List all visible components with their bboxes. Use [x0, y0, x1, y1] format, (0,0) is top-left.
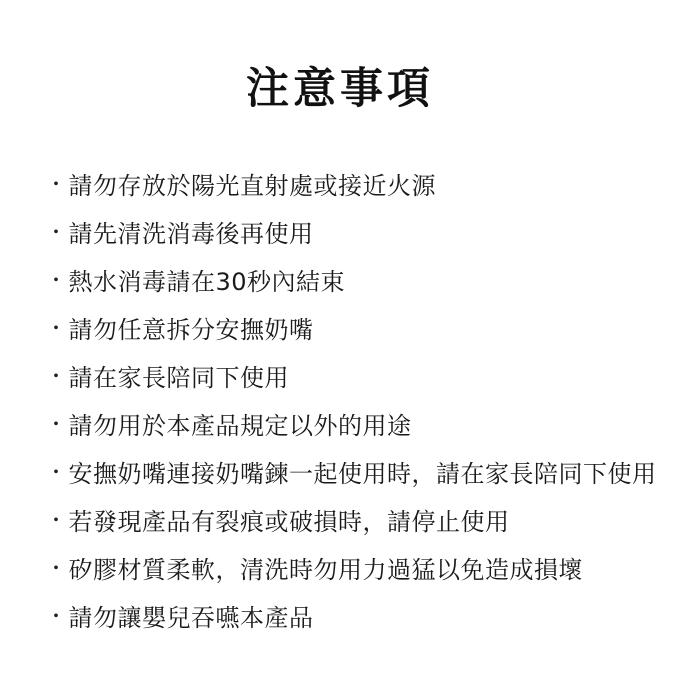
bullet-dot-icon: ・ — [46, 366, 67, 386]
bullet-dot-icon: ・ — [46, 606, 67, 626]
bullet-dot-icon: ・ — [46, 222, 67, 242]
notice-list: ・請勿存放於陽光直射處或接近火源・請先清洗消毒後再使用・熱水消毒請在30秒內結束… — [46, 159, 650, 639]
bullet-dot-icon: ・ — [46, 270, 67, 290]
notice-item-text: 若發現產品有裂痕或破損時，請停止使用 — [69, 502, 510, 537]
notice-item: ・請先清洗消毒後再使用 — [46, 207, 650, 255]
notice-item-text: 請勿用於本產品規定以外的用途 — [69, 406, 412, 441]
notice-item: ・請在家長陪同下使用 — [46, 351, 650, 399]
notice-item-text: 安撫奶嘴連接奶嘴鍊一起使用時，請在家長陪同下使用 — [69, 454, 657, 489]
notice-item: ・矽膠材質柔軟，清洗時勿用力過猛以免造成損壞 — [46, 543, 650, 591]
notice-item-text: 請在家長陪同下使用 — [69, 358, 290, 393]
notice-item-text: 請勿存放於陽光直射處或接近火源 — [69, 166, 437, 201]
notice-item-text: 熱水消毒請在30秒內結束 — [69, 262, 346, 297]
notice-page: 注意事項 ・請勿存放於陽光直射處或接近火源・請先清洗消毒後再使用・熱水消毒請在3… — [0, 0, 680, 686]
notice-item-text: 請勿任意拆分安撫奶嘴 — [69, 310, 314, 345]
notice-item: ・安撫奶嘴連接奶嘴鍊一起使用時，請在家長陪同下使用 — [46, 447, 650, 495]
notice-item: ・請勿存放於陽光直射處或接近火源 — [46, 159, 650, 207]
bullet-dot-icon: ・ — [46, 558, 67, 578]
bullet-dot-icon: ・ — [46, 174, 67, 194]
notice-item: ・熱水消毒請在30秒內結束 — [46, 255, 650, 303]
bullet-dot-icon: ・ — [46, 510, 67, 530]
notice-item: ・請勿任意拆分安撫奶嘴 — [46, 303, 650, 351]
bullet-dot-icon: ・ — [46, 462, 67, 482]
page-title: 注意事項 — [0, 0, 680, 113]
bullet-dot-icon: ・ — [46, 318, 67, 338]
notice-item-text: 矽膠材質柔軟，清洗時勿用力過猛以免造成損壞 — [69, 550, 584, 585]
notice-item: ・請勿讓嬰兒吞嚥本產品 — [46, 591, 650, 639]
notice-item-text: 請勿讓嬰兒吞嚥本產品 — [69, 598, 314, 633]
bullet-dot-icon: ・ — [46, 414, 67, 434]
notice-item-text: 請先清洗消毒後再使用 — [69, 214, 314, 249]
notice-item: ・若發現產品有裂痕或破損時，請停止使用 — [46, 495, 650, 543]
notice-item: ・請勿用於本產品規定以外的用途 — [46, 399, 650, 447]
